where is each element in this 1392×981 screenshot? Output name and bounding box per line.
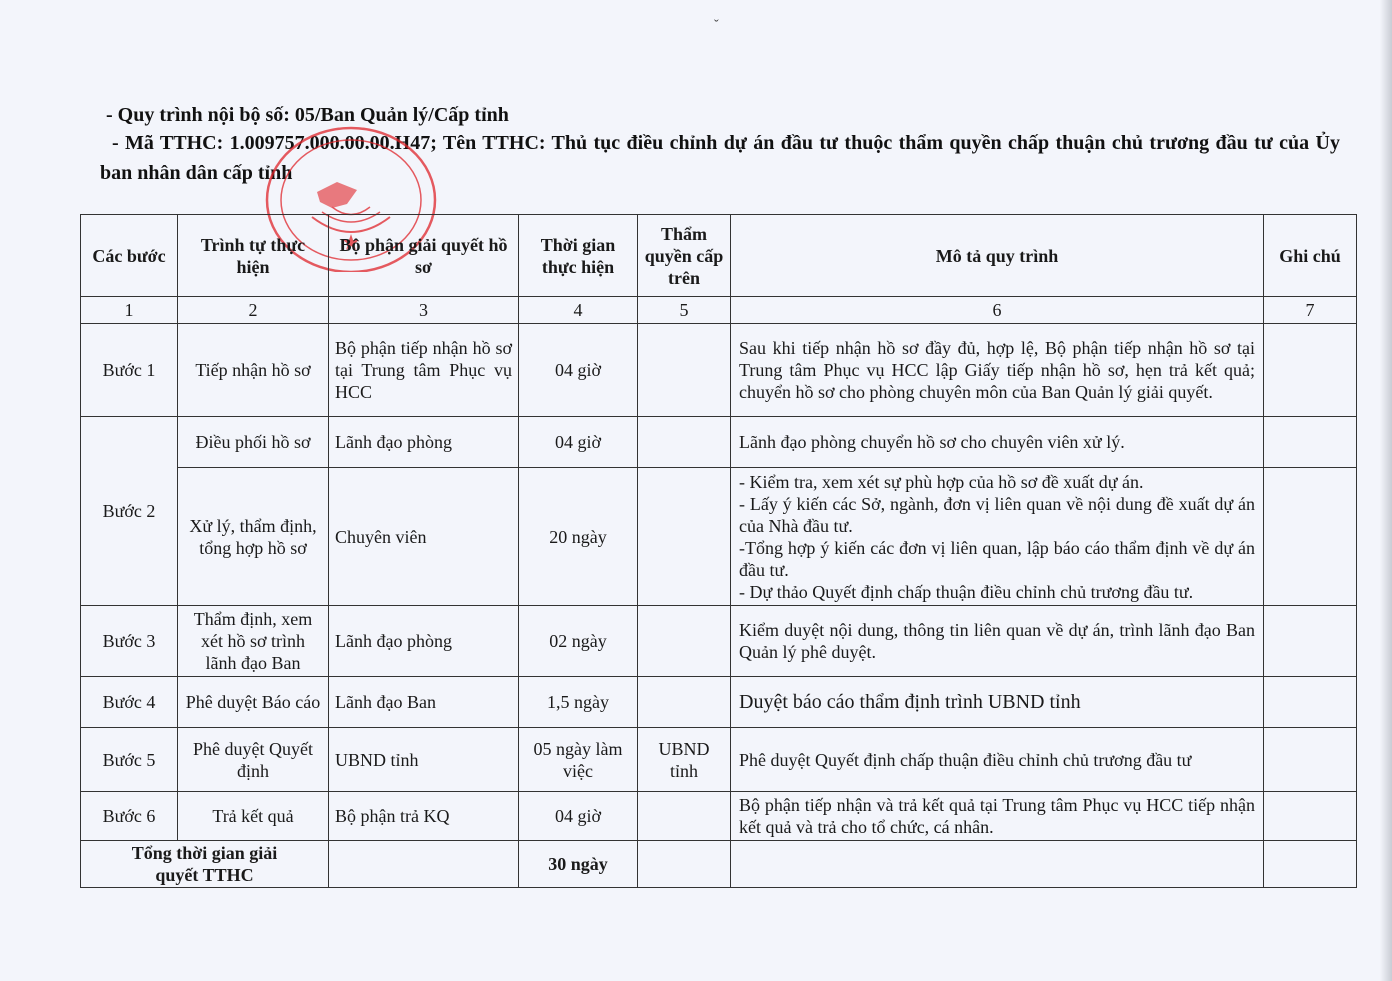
procedure-table: Các bước Trình tự thực hiện Bộ phận giải… — [80, 214, 1357, 888]
total-duration: 30 ngày — [519, 841, 638, 888]
note-cell — [1264, 728, 1357, 792]
department-cell: UBND tỉnh — [329, 728, 519, 792]
description-cell: Phê duyệt Quyết định chấp thuận điều chỉ… — [731, 728, 1264, 792]
step-cell: Bước 1 — [81, 324, 178, 417]
description-cell: Sau khi tiếp nhận hồ sơ đầy đủ, hợp lệ, … — [731, 324, 1264, 417]
step-cell: Bước 2 — [81, 417, 178, 606]
total-department-cell — [329, 841, 519, 888]
authority-cell — [638, 468, 731, 606]
sequence-cell: Phê duyệt Báo cáo — [178, 677, 329, 728]
authority-cell — [638, 677, 731, 728]
authority-cell — [638, 606, 731, 677]
description-cell: Kiểm duyệt nội dung, thông tin liên quan… — [731, 606, 1264, 677]
duration-cell: 04 giờ — [519, 324, 638, 417]
top-mark: ˇ — [714, 18, 719, 34]
table-row: Bước 2 Điều phối hồ sơ Lãnh đạo phòng 04… — [81, 417, 1357, 468]
note-cell — [1264, 417, 1357, 468]
column-number: 1 — [81, 297, 178, 324]
department-cell: Lãnh đạo phòng — [329, 606, 519, 677]
table-row: Xử lý, thẩm định, tổng hợp hồ sơ Chuyên … — [81, 468, 1357, 606]
department-cell: Bộ phận tiếp nhận hồ sơ tại Trung tâm Ph… — [329, 324, 519, 417]
note-cell — [1264, 324, 1357, 417]
note-cell — [1264, 677, 1357, 728]
column-number-row: 1 2 3 4 5 6 7 — [81, 297, 1357, 324]
duration-cell: 04 giờ — [519, 792, 638, 841]
total-note-cell — [1264, 841, 1357, 888]
header-sequence: Trình tự thực hiện — [178, 215, 329, 297]
header-description: Mô tả quy trình — [731, 215, 1264, 297]
department-cell: Chuyên viên — [329, 468, 519, 606]
header-steps: Các bước — [81, 215, 178, 297]
description-cell: Duyệt báo cáo thẩm định trình UBND tỉnh — [731, 677, 1264, 728]
total-authority-cell — [638, 841, 731, 888]
sequence-cell: Trả kết quả — [178, 792, 329, 841]
table-row: Bước 1 Tiếp nhận hồ sơ Bộ phận tiếp nhận… — [81, 324, 1357, 417]
description-cell: - Kiểm tra, xem xét sự phù hợp của hồ sơ… — [731, 468, 1264, 606]
note-cell — [1264, 606, 1357, 677]
column-number: 7 — [1264, 297, 1357, 324]
scan-edge-shadow — [1380, 0, 1392, 981]
column-number: 2 — [178, 297, 329, 324]
authority-cell — [638, 324, 731, 417]
sequence-cell: Thẩm định, xem xét hồ sơ trình lãnh đạo … — [178, 606, 329, 677]
total-label: Tổng thời gian giải quyết TTHC — [81, 841, 329, 888]
column-number: 3 — [329, 297, 519, 324]
table-row: Bước 4 Phê duyệt Báo cáo Lãnh đạo Ban 1,… — [81, 677, 1357, 728]
header-department: Bộ phận giải quyết hồ sơ — [329, 215, 519, 297]
column-number: 5 — [638, 297, 731, 324]
table-row: Bước 3 Thẩm định, xem xét hồ sơ trình lã… — [81, 606, 1357, 677]
step-cell: Bước 4 — [81, 677, 178, 728]
column-number: 6 — [731, 297, 1264, 324]
department-cell: Lãnh đạo Ban — [329, 677, 519, 728]
sequence-cell: Xử lý, thẩm định, tổng hợp hồ sơ — [178, 468, 329, 606]
sequence-cell: Phê duyệt Quyết định — [178, 728, 329, 792]
description-line: - Dự thảo Quyết định chấp thuận điều chỉ… — [739, 581, 1255, 603]
header-authority: Thẩm quyền cấp trên — [638, 215, 731, 297]
description-line: - Kiểm tra, xem xét sự phù hợp của hồ sơ… — [739, 471, 1255, 493]
duration-cell: 02 ngày — [519, 606, 638, 677]
sequence-cell: Tiếp nhận hồ sơ — [178, 324, 329, 417]
table-row: Bước 5 Phê duyệt Quyết định UBND tỉnh 05… — [81, 728, 1357, 792]
department-cell: Bộ phận trả KQ — [329, 792, 519, 841]
procedure-number-heading: - Quy trình nội bộ số: 05/Ban Quản lý/Cấ… — [106, 100, 1346, 130]
department-cell: Lãnh đạo phòng — [329, 417, 519, 468]
description-line: -Tổng hợp ý kiến các đơn vị liên quan, l… — [739, 537, 1255, 581]
note-cell — [1264, 468, 1357, 606]
column-number: 4 — [519, 297, 638, 324]
duration-cell: 04 giờ — [519, 417, 638, 468]
description-line: - Lấy ý kiến các Sở, ngành, đơn vị liên … — [739, 493, 1255, 537]
note-cell — [1264, 792, 1357, 841]
authority-cell — [638, 792, 731, 841]
total-description-cell — [731, 841, 1264, 888]
header-duration: Thời gian thực hiện — [519, 215, 638, 297]
duration-cell: 05 ngày làm việc — [519, 728, 638, 792]
authority-cell — [638, 417, 731, 468]
header-note: Ghi chú — [1264, 215, 1357, 297]
total-row: Tổng thời gian giải quyết TTHC 30 ngày — [81, 841, 1357, 888]
step-cell: Bước 3 — [81, 606, 178, 677]
table-header-row: Các bước Trình tự thực hiện Bộ phận giải… — [81, 215, 1357, 297]
description-cell: Bộ phận tiếp nhận và trả kết quả tại Tru… — [731, 792, 1264, 841]
sequence-cell: Điều phối hồ sơ — [178, 417, 329, 468]
table-row: Bước 6 Trả kết quả Bộ phận trả KQ 04 giờ… — [81, 792, 1357, 841]
step-cell: Bước 6 — [81, 792, 178, 841]
description-cell: Lãnh đạo phòng chuyển hồ sơ cho chuyên v… — [731, 417, 1264, 468]
duration-cell: 1,5 ngày — [519, 677, 638, 728]
authority-cell: UBND tỉnh — [638, 728, 731, 792]
procedure-code-heading: - Mã TTHC: 1.009757.000.00.00.H47; Tên T… — [100, 128, 1340, 188]
duration-cell: 20 ngày — [519, 468, 638, 606]
step-cell: Bước 5 — [81, 728, 178, 792]
